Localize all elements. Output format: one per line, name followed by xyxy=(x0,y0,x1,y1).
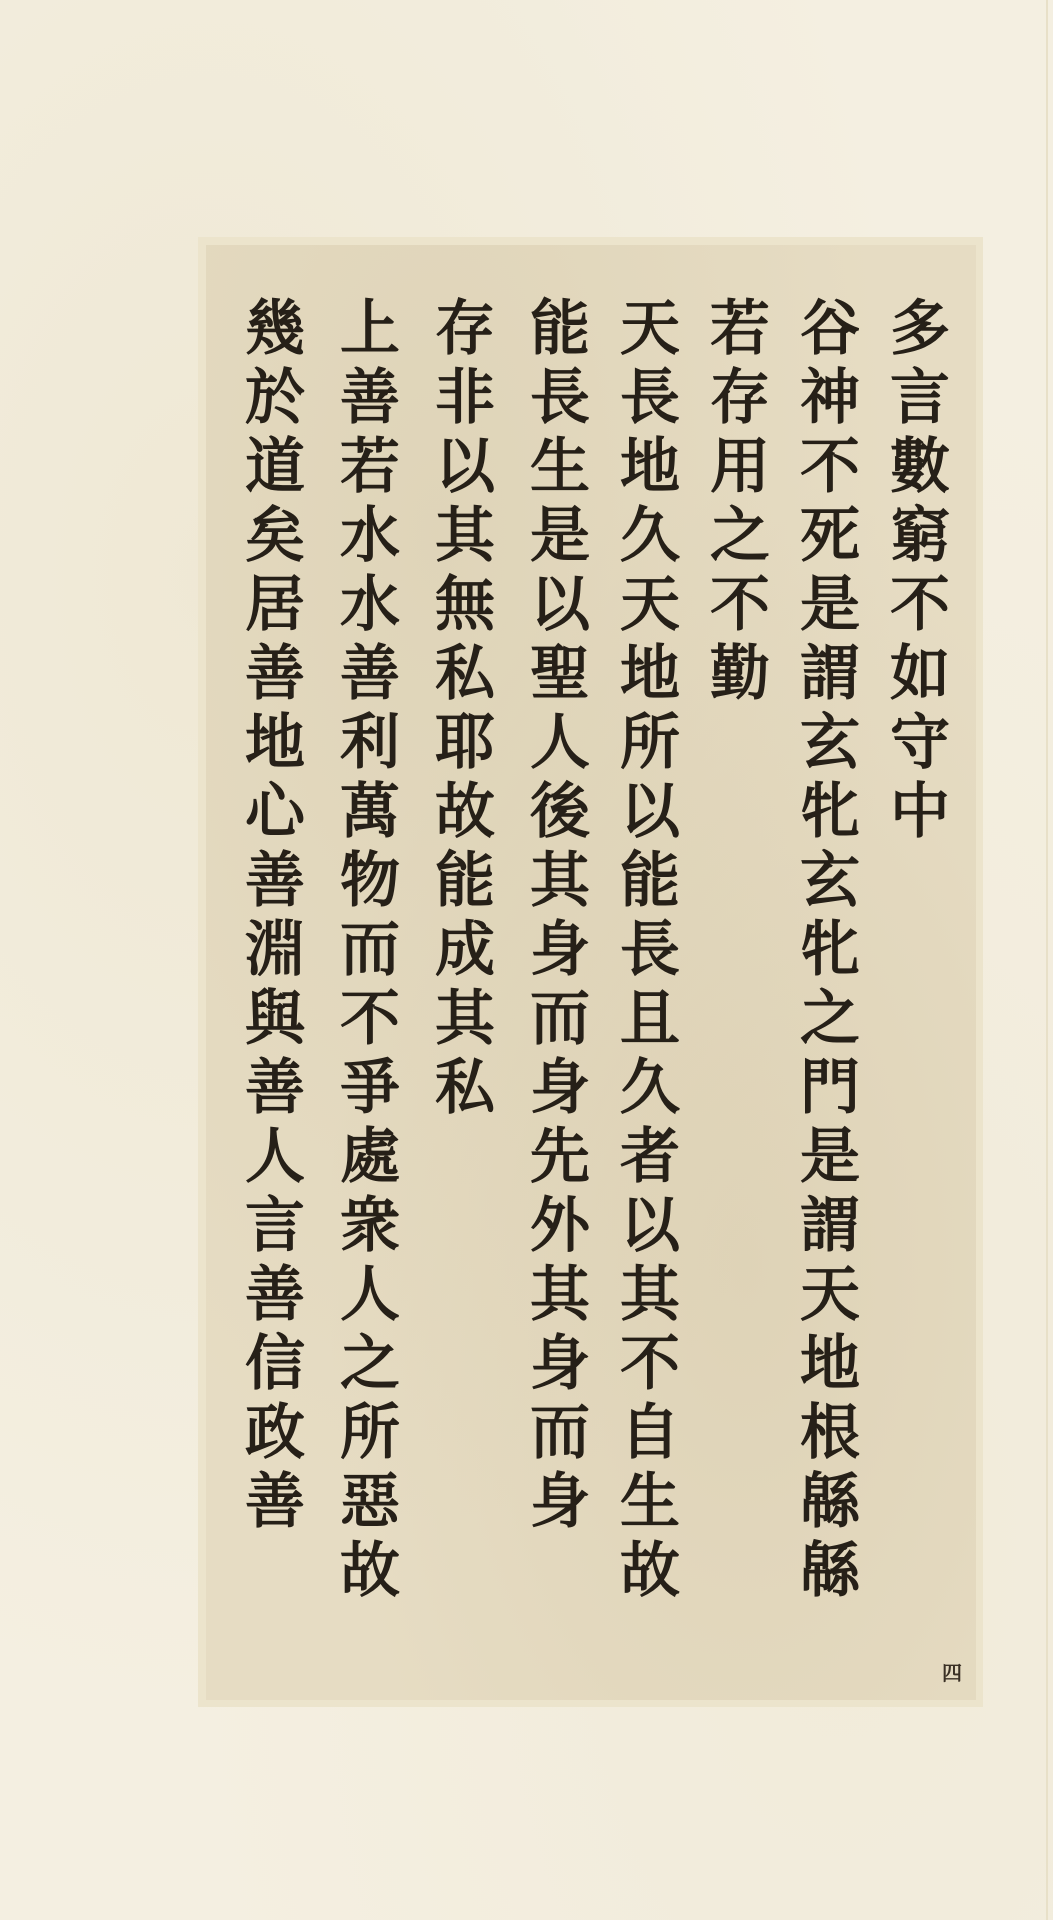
character: 能 xyxy=(435,847,495,916)
character: 善 xyxy=(340,364,400,433)
character: 信 xyxy=(245,1330,305,1399)
character: 不 xyxy=(620,1330,680,1399)
character: 成 xyxy=(435,916,495,985)
character: 耶 xyxy=(435,709,495,778)
character: 是 xyxy=(800,571,860,640)
character: 數 xyxy=(890,433,950,502)
character: 以 xyxy=(435,433,495,502)
character: 善 xyxy=(340,640,400,709)
character: 先 xyxy=(530,1123,590,1192)
character: 以 xyxy=(620,778,680,847)
character: 善 xyxy=(245,847,305,916)
page-number-mark: 四 xyxy=(942,1657,962,1686)
character: 久 xyxy=(620,502,680,571)
character: 是 xyxy=(800,1123,860,1192)
character: 其 xyxy=(435,985,495,1054)
character: 久 xyxy=(620,1054,680,1123)
character: 窮 xyxy=(890,502,950,571)
character: 以 xyxy=(530,571,590,640)
character: 物 xyxy=(340,847,400,916)
character: 存 xyxy=(435,295,495,364)
character: 長 xyxy=(620,364,680,433)
character: 長 xyxy=(530,364,590,433)
character: 上 xyxy=(340,295,400,364)
calligraphy-column-1: 多言數窮不如守中 xyxy=(880,295,960,847)
character: 緜 xyxy=(800,1468,860,1537)
character: 地 xyxy=(245,709,305,778)
character: 惡 xyxy=(340,1468,400,1537)
character: 生 xyxy=(530,433,590,502)
character: 者 xyxy=(620,1123,680,1192)
character: 其 xyxy=(530,1261,590,1330)
character: 死 xyxy=(800,502,860,571)
character: 守 xyxy=(890,709,950,778)
character: 謂 xyxy=(800,1192,860,1261)
character: 緜 xyxy=(800,1537,860,1606)
character: 居 xyxy=(245,571,305,640)
character: 身 xyxy=(530,1054,590,1123)
character: 於 xyxy=(245,364,305,433)
character: 之 xyxy=(800,985,860,1054)
character: 存 xyxy=(710,364,770,433)
character: 用 xyxy=(710,433,770,502)
character: 爭 xyxy=(340,1054,400,1123)
character: 身 xyxy=(530,916,590,985)
character: 水 xyxy=(340,571,400,640)
character: 私 xyxy=(435,640,495,709)
character: 長 xyxy=(620,916,680,985)
character: 衆 xyxy=(340,1192,400,1261)
character: 故 xyxy=(435,778,495,847)
character: 所 xyxy=(620,709,680,778)
character: 根 xyxy=(800,1399,860,1468)
character: 谷 xyxy=(800,295,860,364)
character: 生 xyxy=(620,1468,680,1537)
character: 牝 xyxy=(800,778,860,847)
character: 能 xyxy=(620,847,680,916)
calligraphy-column-7: 上善若水水善利萬物而不爭處衆人之所惡故 xyxy=(330,295,410,1606)
character: 不 xyxy=(710,571,770,640)
character: 善 xyxy=(245,1468,305,1537)
character: 而 xyxy=(340,916,400,985)
character: 且 xyxy=(620,985,680,1054)
character: 玄 xyxy=(800,709,860,778)
character: 天 xyxy=(800,1261,860,1330)
character: 與 xyxy=(245,985,305,1054)
character: 神 xyxy=(800,364,860,433)
character: 牝 xyxy=(800,916,860,985)
character: 能 xyxy=(530,295,590,364)
character: 勤 xyxy=(710,640,770,709)
character: 非 xyxy=(435,364,495,433)
character: 善 xyxy=(245,1054,305,1123)
character: 善 xyxy=(245,1261,305,1330)
calligraphy-column-2: 谷神不死是謂玄牝玄牝之門是謂天地根緜緜 xyxy=(790,295,870,1606)
calligraphy-column-8: 幾於道矣居善地心善淵與善人言善信政善 xyxy=(235,295,315,1537)
character: 心 xyxy=(245,778,305,847)
character: 水 xyxy=(340,502,400,571)
character: 其 xyxy=(620,1261,680,1330)
character: 人 xyxy=(340,1261,400,1330)
mount-edge-line xyxy=(1046,0,1048,1920)
character: 身 xyxy=(530,1330,590,1399)
character: 言 xyxy=(245,1192,305,1261)
character: 利 xyxy=(340,709,400,778)
character: 政 xyxy=(245,1399,305,1468)
character: 故 xyxy=(340,1537,400,1606)
character: 是 xyxy=(530,502,590,571)
character: 地 xyxy=(620,640,680,709)
character: 地 xyxy=(800,1330,860,1399)
character: 其 xyxy=(530,847,590,916)
character: 道 xyxy=(245,433,305,502)
character: 其 xyxy=(435,502,495,571)
character: 聖 xyxy=(530,640,590,709)
character: 之 xyxy=(340,1330,400,1399)
character: 地 xyxy=(620,433,680,502)
character: 善 xyxy=(245,640,305,709)
character: 不 xyxy=(340,985,400,1054)
character: 門 xyxy=(800,1054,860,1123)
character: 萬 xyxy=(340,778,400,847)
character: 人 xyxy=(245,1123,305,1192)
character: 矣 xyxy=(245,502,305,571)
character: 淵 xyxy=(245,916,305,985)
character: 不 xyxy=(890,571,950,640)
character: 處 xyxy=(340,1123,400,1192)
character: 而 xyxy=(530,985,590,1054)
calligraphy-column-5: 能長生是以聖人後其身而身先外其身而身 xyxy=(520,295,600,1537)
character: 外 xyxy=(530,1192,590,1261)
character: 天 xyxy=(620,571,680,640)
character: 謂 xyxy=(800,640,860,709)
character: 言 xyxy=(890,364,950,433)
character: 若 xyxy=(710,295,770,364)
calligraphy-column-6: 存非以其無私耶故能成其私 xyxy=(425,295,505,1123)
character: 自 xyxy=(620,1399,680,1468)
character: 不 xyxy=(800,433,860,502)
calligraphy-column-4: 天長地久天地所以能長且久者以其不自生故 xyxy=(610,295,690,1606)
character: 身 xyxy=(530,1468,590,1537)
character: 無 xyxy=(435,571,495,640)
character: 多 xyxy=(890,295,950,364)
character: 後 xyxy=(530,778,590,847)
character: 幾 xyxy=(245,295,305,364)
character: 以 xyxy=(620,1192,680,1261)
character: 天 xyxy=(620,295,680,364)
character: 玄 xyxy=(800,847,860,916)
character: 之 xyxy=(710,502,770,571)
character: 私 xyxy=(435,1054,495,1123)
calligraphy-column-3: 若存用之不勤 xyxy=(700,295,780,709)
character: 所 xyxy=(340,1399,400,1468)
character: 如 xyxy=(890,640,950,709)
character: 若 xyxy=(340,433,400,502)
character: 故 xyxy=(620,1537,680,1606)
character: 人 xyxy=(530,709,590,778)
character: 中 xyxy=(890,778,950,847)
character: 而 xyxy=(530,1399,590,1468)
